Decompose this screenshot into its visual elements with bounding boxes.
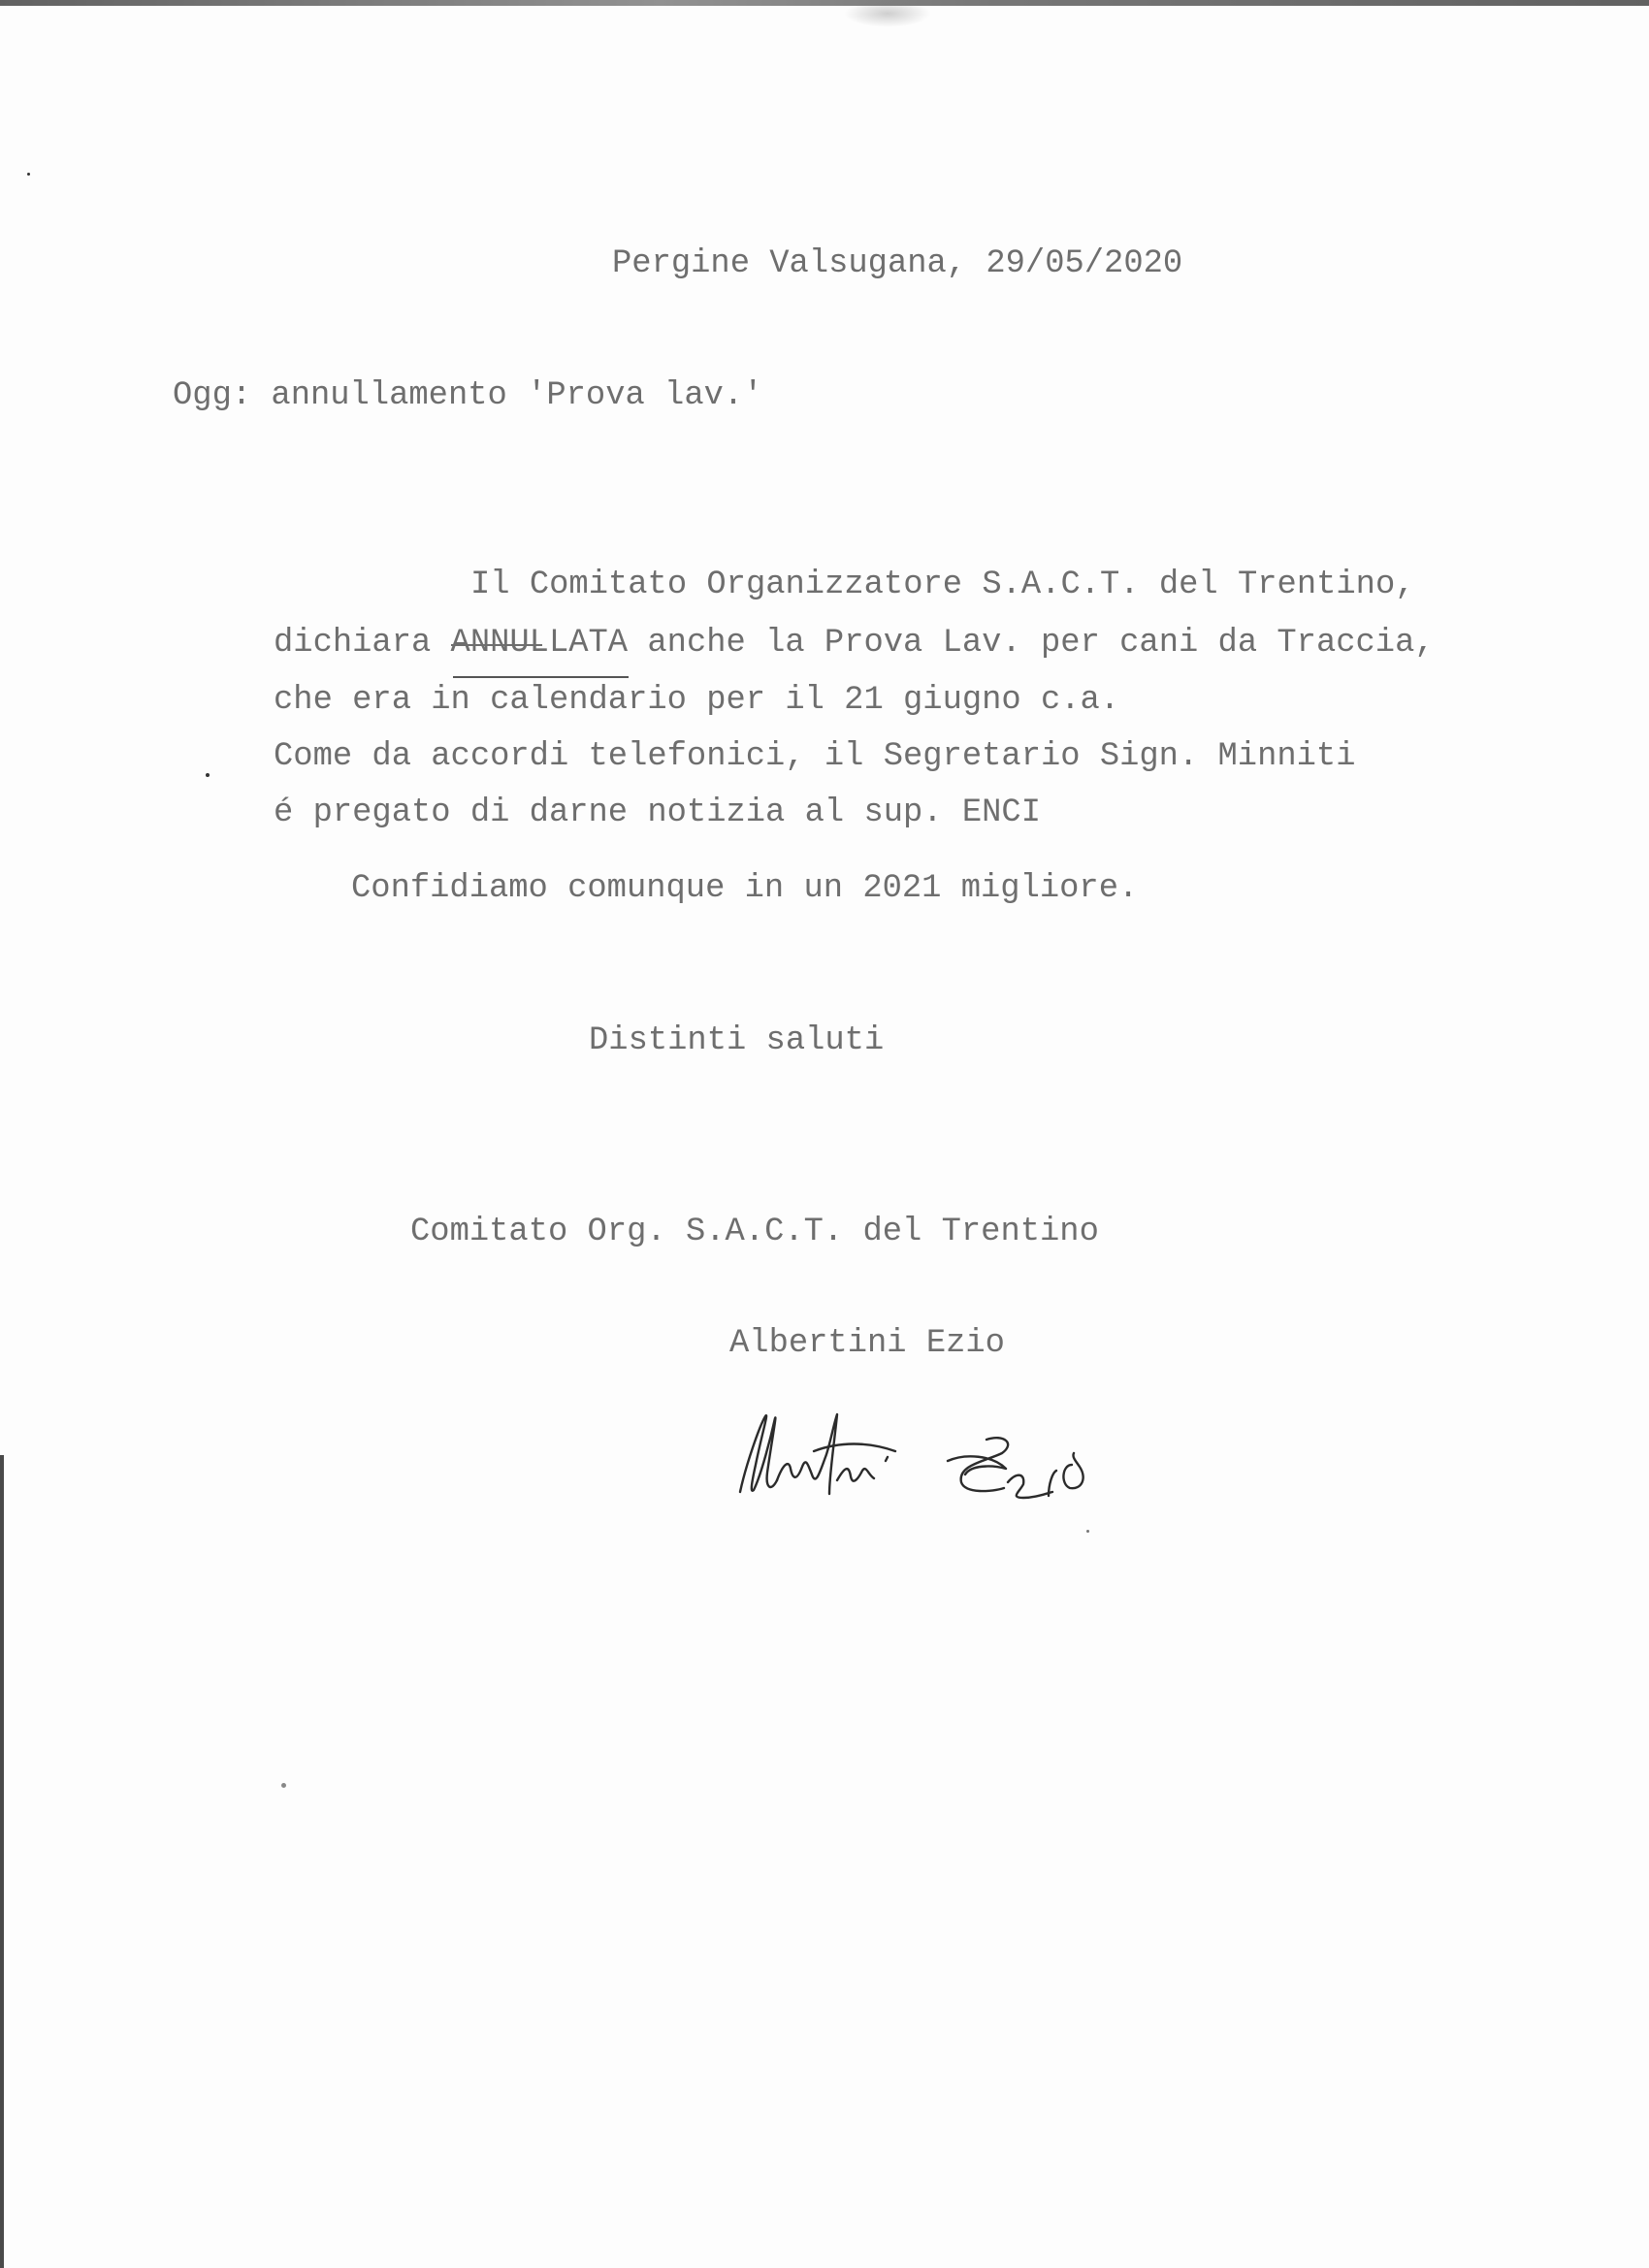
annullata-word: ANNULLATA	[451, 625, 629, 662]
body-line-2: dichiara ANNULLATA anche la Prova Lav. p…	[274, 628, 1435, 661]
handwritten-underline	[453, 676, 629, 678]
scan-speck	[206, 773, 210, 777]
place-date: Pergine Valsugana, 29/05/2020	[612, 248, 1182, 281]
handwritten-signature	[732, 1397, 1101, 1504]
scan-speck	[1086, 1530, 1089, 1533]
scan-smudge	[844, 0, 931, 27]
body-line-5: é pregato di darne notizia al sup. ENCI	[274, 797, 1041, 830]
sender-name: Albertini Ezio	[729, 1328, 1005, 1361]
closing-wish: Confidiamo comunque in un 2021 migliore.	[351, 873, 1138, 906]
body-line-3: che era in calendario per il 21 giugno c…	[274, 685, 1119, 718]
body-line-4: Come da accordi telefonici, il Segretari…	[274, 741, 1355, 774]
body-line-2-post: anche la Prova Lav. per cani da Traccia,	[628, 625, 1435, 662]
salutation: Distinti saluti	[589, 1025, 884, 1058]
subject-line: Ogg: annullamento 'Prova lav.'	[173, 380, 762, 413]
scan-edge-top	[0, 0, 1649, 6]
scan-speck	[281, 1783, 286, 1788]
body-line-1: Il Comitato Organizzatore S.A.C.T. del T…	[470, 569, 1415, 602]
sender-org: Comitato Org. S.A.C.T. del Trentino	[410, 1216, 1099, 1249]
scan-edge-left	[0, 1455, 4, 2268]
scan-speck	[27, 173, 30, 176]
body-line-2-pre: dichiara	[274, 625, 451, 662]
